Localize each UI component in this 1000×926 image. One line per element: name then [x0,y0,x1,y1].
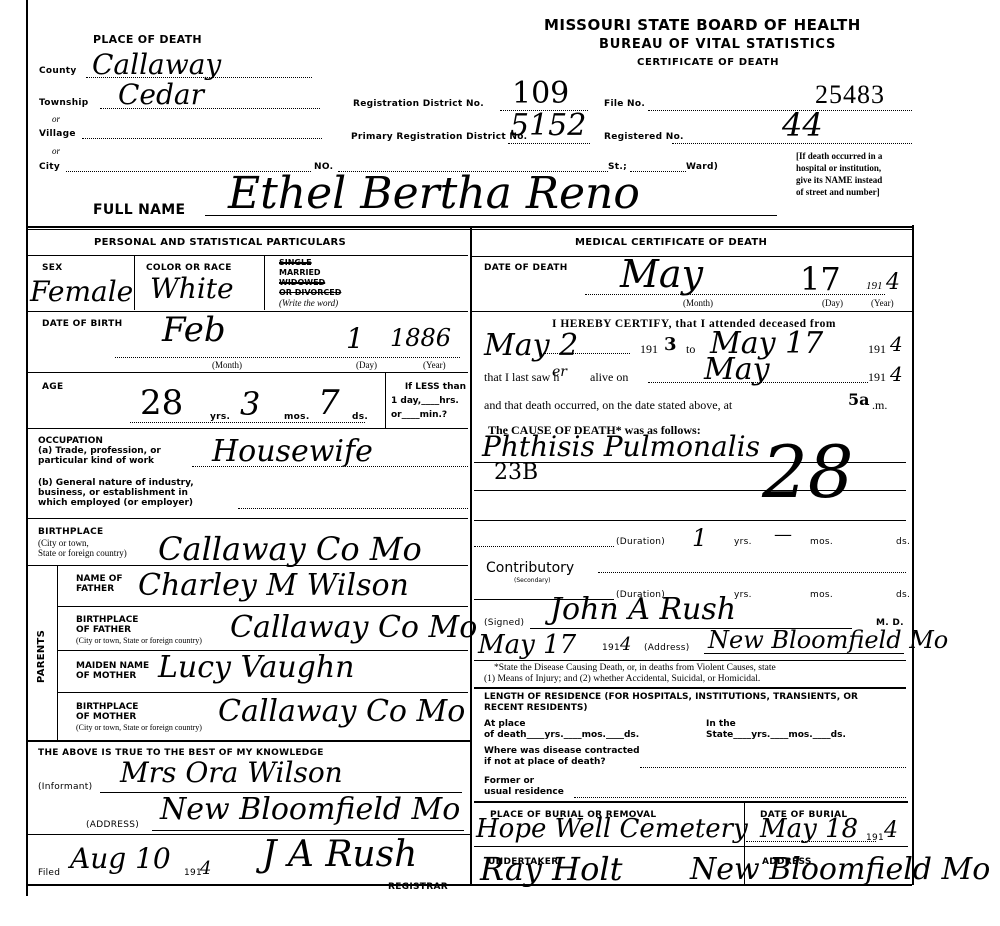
age-years-field[interactable]: 28 [140,383,183,423]
mother-name-row-line [58,692,468,693]
dod-label: DATE OF DEATH [484,263,568,273]
primary-district-label: Primary Registration District No. [351,132,527,142]
primary-line [508,143,590,144]
physician-address-label: (Address) [644,643,690,653]
parents-divider [57,566,58,741]
marital-option-married[interactable]: MARRIED [279,268,341,278]
informant-address-field[interactable]: New Bloomfield Mo [160,792,460,827]
mother-birthplace-label-line: OF MOTHER [76,712,138,722]
death-time-suffix: .m. [872,398,887,413]
footnote-top-line [474,660,906,661]
informant-field[interactable]: Mrs Ora Wilson [120,756,343,789]
cause-footnote: *State the Disease Causing Death, or, in… [484,663,776,685]
undertaker-address-field[interactable]: New Bloomfield Mo [690,852,990,887]
secondary-label: (Secondary) [514,576,550,586]
residence-at-place: At place of death____yrs.____mos.____ds. [484,719,639,741]
sex-field[interactable]: Female [30,275,133,308]
burial-date-field[interactable]: May 18 [760,814,858,844]
dod-month-caption: (Month) [683,298,713,308]
registered-no-field[interactable]: 44 [782,106,823,144]
father-name-label: NAME OF FATHER [76,574,123,594]
dob-day-field[interactable]: 1 [346,322,364,355]
township-field[interactable]: Cedar [118,78,204,111]
personal-title-line [28,255,468,256]
last-saw-pronoun-field[interactable]: er [552,364,567,380]
or-label-2: or [52,146,60,156]
residence-heading-line: RECENT RESIDENTS) [484,703,858,714]
residence-heading-line: LENGTH OF RESIDENCE (FOR HOSPITALS, INST… [484,692,858,703]
burial-row-line [474,846,908,847]
burial-year-prefix: 191 [866,833,884,843]
center-divider [470,228,472,886]
marital-hint: (Write the word) [279,298,341,308]
father-name-label-line: NAME OF [76,574,123,584]
mother-name-field[interactable]: Lucy Vaughn [158,650,355,685]
occupation-a-label: (a) Trade, profession, or [38,446,161,456]
informant-label: (Informant) [38,782,92,792]
secondary-ds-label: ds. [896,590,910,600]
signed-year-prefix: 191 [602,643,620,653]
right-border [912,225,914,885]
duration-label: (Duration) [616,537,665,547]
cause-line-3 [474,520,906,521]
county-field[interactable]: Callaway [92,48,221,81]
less-than-line: 1 day,____hrs. [391,394,466,408]
file-number: 25483 [815,80,885,110]
age-yrs-label: yrs. [210,412,230,422]
contributory-label: Contributory [486,560,574,576]
duration-ds-label: ds. [896,537,910,547]
attended-to-label: to [686,342,695,357]
sex-label: SEX [42,263,62,273]
age-mos-label: mos. [284,412,310,422]
birthplace-hint: (City or town, State or foreign country) [38,538,127,558]
file-no-label: File No. [604,99,645,109]
former-line: Former or [484,776,564,787]
cause-mark-field[interactable]: 28 [762,430,854,514]
footnote-line: *State the Disease Causing Death, or, in… [484,663,776,674]
age-row-line [28,428,468,429]
secondary-mos-label: mos. [810,590,833,600]
less-than-divider [385,373,386,428]
attended-to-year-prefix: 191 [868,342,886,357]
signed-date-field[interactable]: May 17 [478,630,576,660]
physician-signature-field[interactable]: John A Rush [550,592,736,627]
color-divider [264,256,265,310]
dod-year-field[interactable]: 4 [886,270,900,295]
burial-year-field[interactable]: 4 [884,818,898,843]
former-field-line [574,797,906,798]
secondary-yrs-label: yrs. [734,590,752,600]
full-name-label: FULL NAME [93,202,185,218]
cause-of-death-field[interactable]: Phthisis Pulmonalis [482,430,760,463]
dod-row-line [472,311,912,312]
death-occurred-text: and that death occurred, on the date sta… [484,398,732,413]
former-line: usual residence [484,787,564,798]
marital-option-widowed: WIDOWED [279,278,341,288]
death-certificate: MISSOURI STATE BOARD OF HEALTH BUREAU OF… [0,0,1000,926]
less-than-day-note: If LESS than 1 day,____hrs. or____min.? [391,380,466,422]
father-birthplace-hint: (City or town, State or foreign country) [76,636,202,645]
last-saw-mid: alive on [590,370,628,385]
mother-birthplace-label: BIRTHPLACE OF MOTHER [76,702,138,722]
attended-to-year-field[interactable]: 4 [890,332,903,356]
dob-year-caption: (Year) [423,360,446,370]
birthplace-row-line [28,565,468,566]
filed-label: Filed [38,868,60,878]
residence-contracted: Where was disease contracted if not at p… [484,746,640,768]
father-birthplace-label-line: OF FATHER [76,625,138,635]
city-label: City [39,162,60,172]
or-label-1: or [52,114,60,124]
in-state-line: In the [706,719,846,730]
institution-note-line: [If death occurred in a [796,150,882,162]
mother-birthplace-label-line: BIRTHPLACE [76,702,138,712]
occupation-b-labels: (b) General nature of industry, business… [38,478,194,508]
place-of-death-heading: PLACE OF DEATH [93,33,202,46]
left-border [26,0,28,896]
ward-label: Ward) [686,162,718,172]
institution-note-line: hospital or institution, [796,162,882,174]
father-birthplace-label: BIRTHPLACE OF FATHER [76,615,138,635]
footnote-bottom-line [474,687,906,689]
occupation-labels: OCCUPATION (a) Trade, profession, or par… [38,436,161,466]
form-title: CERTIFICATE OF DEATH [637,57,779,68]
registration-district-label: Registration District No. [353,99,484,109]
village-label: Village [39,129,76,139]
duration-yrs-label: yrs. [734,537,752,547]
marital-option-single: SINGLE [279,258,341,268]
occupation-b-line [238,508,468,509]
full-name-field[interactable]: Ethel Bertha Reno [228,168,640,219]
dob-year-field[interactable]: 1886 [390,324,451,352]
age-label: AGE [42,382,63,392]
residence-heading: LENGTH OF RESIDENCE (FOR HOSPITALS, INST… [484,692,858,714]
marital-row-line [28,311,468,312]
institution-note-line: give its NAME instead [796,174,882,186]
medical-section-title: MEDICAL CERTIFICATE OF DEATH [575,237,767,248]
mother-name-label: MAIDEN NAME OF MOTHER [76,661,149,681]
dob-month-caption: (Month) [212,360,242,370]
primary-district-field[interactable]: 5152 [510,108,586,143]
cause-code-field[interactable]: 23B [494,460,538,485]
parents-bottom-line [28,740,470,742]
at-place-line: At place [484,719,639,730]
bureau-title: BUREAU OF VITAL STATISTICS [599,37,836,52]
county-label: County [39,66,77,76]
last-saw-prefix: that I last saw h [484,370,559,385]
board-title: MISSOURI STATE BOARD OF HEALTH [544,16,861,34]
duration-months-field[interactable]: — [774,524,792,545]
dod-year-prefix: 191 [866,280,883,292]
age-line [130,422,365,423]
registrar-label: REGISTRAR [388,882,448,892]
dod-day-caption: (Day) [822,298,843,308]
birthplace-hint-line: State or foreign country) [38,548,127,558]
birthplace-hint-line: (City or town, [38,538,127,548]
occupation-row-line [28,518,468,519]
in-state-line: State____yrs.____mos.____ds. [706,730,846,741]
institution-note-line: of street and number] [796,186,882,198]
dob-day-caption: (Day) [356,360,377,370]
age-months-field[interactable]: 3 [240,385,260,423]
residence-in-state: In the State____yrs.____mos.____ds. [706,719,846,741]
marital-status-options: SINGLE MARRIED WIDOWED OR DIVORCED (Writ… [279,258,341,308]
file-line [648,110,912,111]
color-field[interactable]: White [150,272,234,305]
filed-date-field[interactable]: Aug 10 [70,842,171,875]
father-name-label-line: FATHER [76,584,123,594]
attended-from-year-prefix: 191 [640,342,658,357]
marital-option-divorced: OR DIVORCED [279,288,341,298]
signed-year-field[interactable]: 4 [620,634,631,655]
contracted-field-line [640,767,906,768]
duration-years-field[interactable]: 1 [692,524,707,552]
dod-month-field[interactable]: May [620,252,703,296]
filed-year-field[interactable]: 4 [200,858,211,879]
duration-lead-line [474,546,614,547]
last-saw-year-field[interactable]: 4 [890,362,903,386]
personal-section-title: PERSONAL AND STATISTICAL PARTICULARS [94,237,346,248]
attended-from-line [540,353,630,354]
occupation-b-label: business, or establishment in [38,488,194,498]
occupation-b-label: which employed (or employer) [38,498,194,508]
contracted-line: Where was disease contracted [484,746,640,757]
dod-year-caption: (Year) [871,298,894,308]
footnote-line: (1) Means of Injury; and (2) whether Acc… [484,674,776,685]
registrar-signature[interactable]: J A Rush [262,834,417,875]
father-birthplace-label-line: BIRTHPLACE [76,615,138,625]
parents-label: PARENTS [36,630,47,683]
mother-birthplace-field[interactable]: Callaway Co Mo [218,694,465,729]
informant-address-label: (ADDRESS) [86,820,139,830]
birthplace-field[interactable]: Callaway Co Mo [158,530,422,568]
mother-name-label-line: OF MOTHER [76,671,149,681]
physician-address-field[interactable]: New Bloomfield Mo [708,626,948,654]
residence-bottom-line [474,801,908,803]
duration-mos-label: mos. [810,537,833,547]
dob-line [115,357,460,358]
father-birthplace-field[interactable]: Callaway Co Mo [230,610,477,645]
last-saw-date-field[interactable]: May [704,352,770,387]
attended-from-year-field[interactable]: 3 [664,334,677,355]
attended-from-field[interactable]: May 2 [484,328,578,363]
occupation-a-label: particular kind of work [38,456,161,466]
residence-former: Former or usual residence [484,776,564,798]
occupation-label: OCCUPATION [38,436,161,446]
dod-day-field[interactable]: 17 [800,260,841,298]
signed-label: (Signed) [484,618,524,628]
at-place-line: of death____yrs.____mos.____ds. [484,730,639,741]
contracted-line: if not at place of death? [484,757,640,768]
occupation-b-label: (b) General nature of industry, [38,478,194,488]
age-days-field[interactable]: 7 [318,383,340,423]
village-line [82,138,322,139]
death-time-field[interactable]: 5a [848,390,870,409]
mother-name-label-line: MAIDEN NAME [76,661,149,671]
dob-month-field[interactable]: Feb [162,310,226,350]
last-saw-year-prefix: 191 [868,370,886,385]
registration-district-field[interactable]: 109 [512,76,569,111]
father-name-field[interactable]: Charley M Wilson [138,568,409,603]
birthplace-label: BIRTHPLACE [38,527,103,537]
township-label: Township [39,98,89,108]
contributory-line [598,572,906,573]
registered-no-label: Registered No. [604,132,684,142]
informant-address-line [152,830,464,831]
occupation-field[interactable]: Housewife [212,434,373,469]
undertaker-field[interactable]: Ray Holt [480,850,622,888]
mother-birthplace-hint: (City or town, State or foreign country) [76,723,202,732]
less-than-line: or____min.? [391,408,466,422]
dob-row-line [28,372,468,373]
father-name-row-line [58,606,468,607]
burial-place-field[interactable]: Hope Well Cemetery [476,814,748,844]
less-than-line: If LESS than [391,380,466,394]
institution-note: [If death occurred in a hospital or inst… [796,150,882,198]
dob-label: DATE OF BIRTH [42,319,122,329]
age-ds-label: ds. [352,412,368,422]
sex-divider [134,256,135,310]
